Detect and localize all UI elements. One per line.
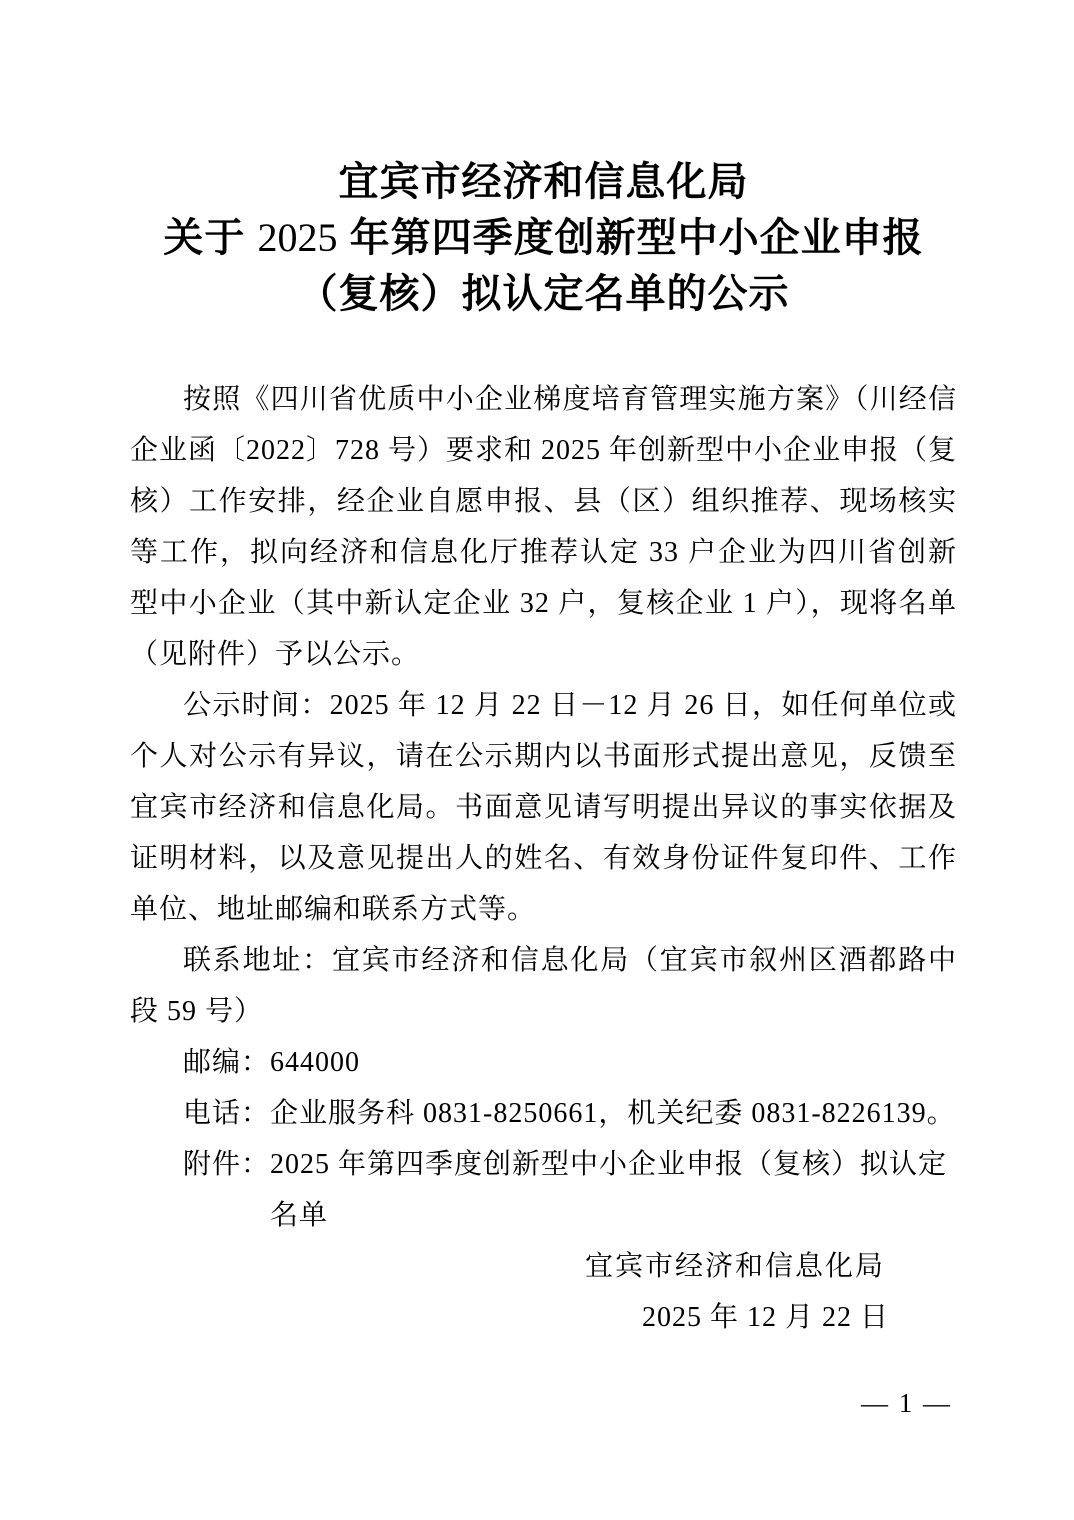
page-content: 宜宾市经济和信息化局 关于 2025 年第四季度创新型中小企业申报 （复核）拟认… (0, 0, 1074, 1343)
contact-address-line: 联系地址：宜宾市经济和信息化局（宜宾市叙州区酒都路中段 59 号） (130, 935, 957, 1037)
postcode-line: 邮编：644000 (130, 1037, 957, 1088)
attachment-line: 附件： 2025 年第四季度创新型中小企业申报（复核）拟认定名单 (130, 1139, 957, 1241)
paragraph-publicity-period: 公示时间：2025 年 12 月 22 日－12 月 26 日，如任何单位或个人… (130, 680, 957, 935)
document-title: 宜宾市经济和信息化局 关于 2025 年第四季度创新型中小企业申报 （复核）拟认… (130, 0, 957, 322)
signature-date: 2025 年 12 月 22 日 (130, 1292, 957, 1343)
document-body: 按照《四川省优质中小企业梯度培育管理实施方案》（川经信企业函〔2022〕728 … (130, 374, 957, 1343)
paragraph-basis: 按照《四川省优质中小企业梯度培育管理实施方案》（川经信企业函〔2022〕728 … (130, 374, 957, 680)
phone-line: 电话：企业服务科 0831-8250661，机关纪委 0831-8226139。 (130, 1088, 957, 1139)
signature-block: 宜宾市经济和信息化局 2025 年 12 月 22 日 (130, 1241, 957, 1343)
title-line-subject-cont: （复核）拟认定名单的公示 (130, 266, 957, 322)
announcement-page: 宜宾市经济和信息化局 关于 2025 年第四季度创新型中小企业申报 （复核）拟认… (0, 0, 1074, 1520)
title-line-subject: 关于 2025 年第四季度创新型中小企业申报 (130, 210, 957, 266)
page-number: — 1 — (861, 1388, 952, 1418)
attachment-label: 附件： (183, 1139, 270, 1241)
attachment-title: 2025 年第四季度创新型中小企业申报（复核）拟认定名单 (270, 1139, 957, 1241)
title-line-org: 宜宾市经济和信息化局 (130, 154, 957, 210)
signature-org-name: 宜宾市经济和信息化局 (130, 1241, 957, 1292)
